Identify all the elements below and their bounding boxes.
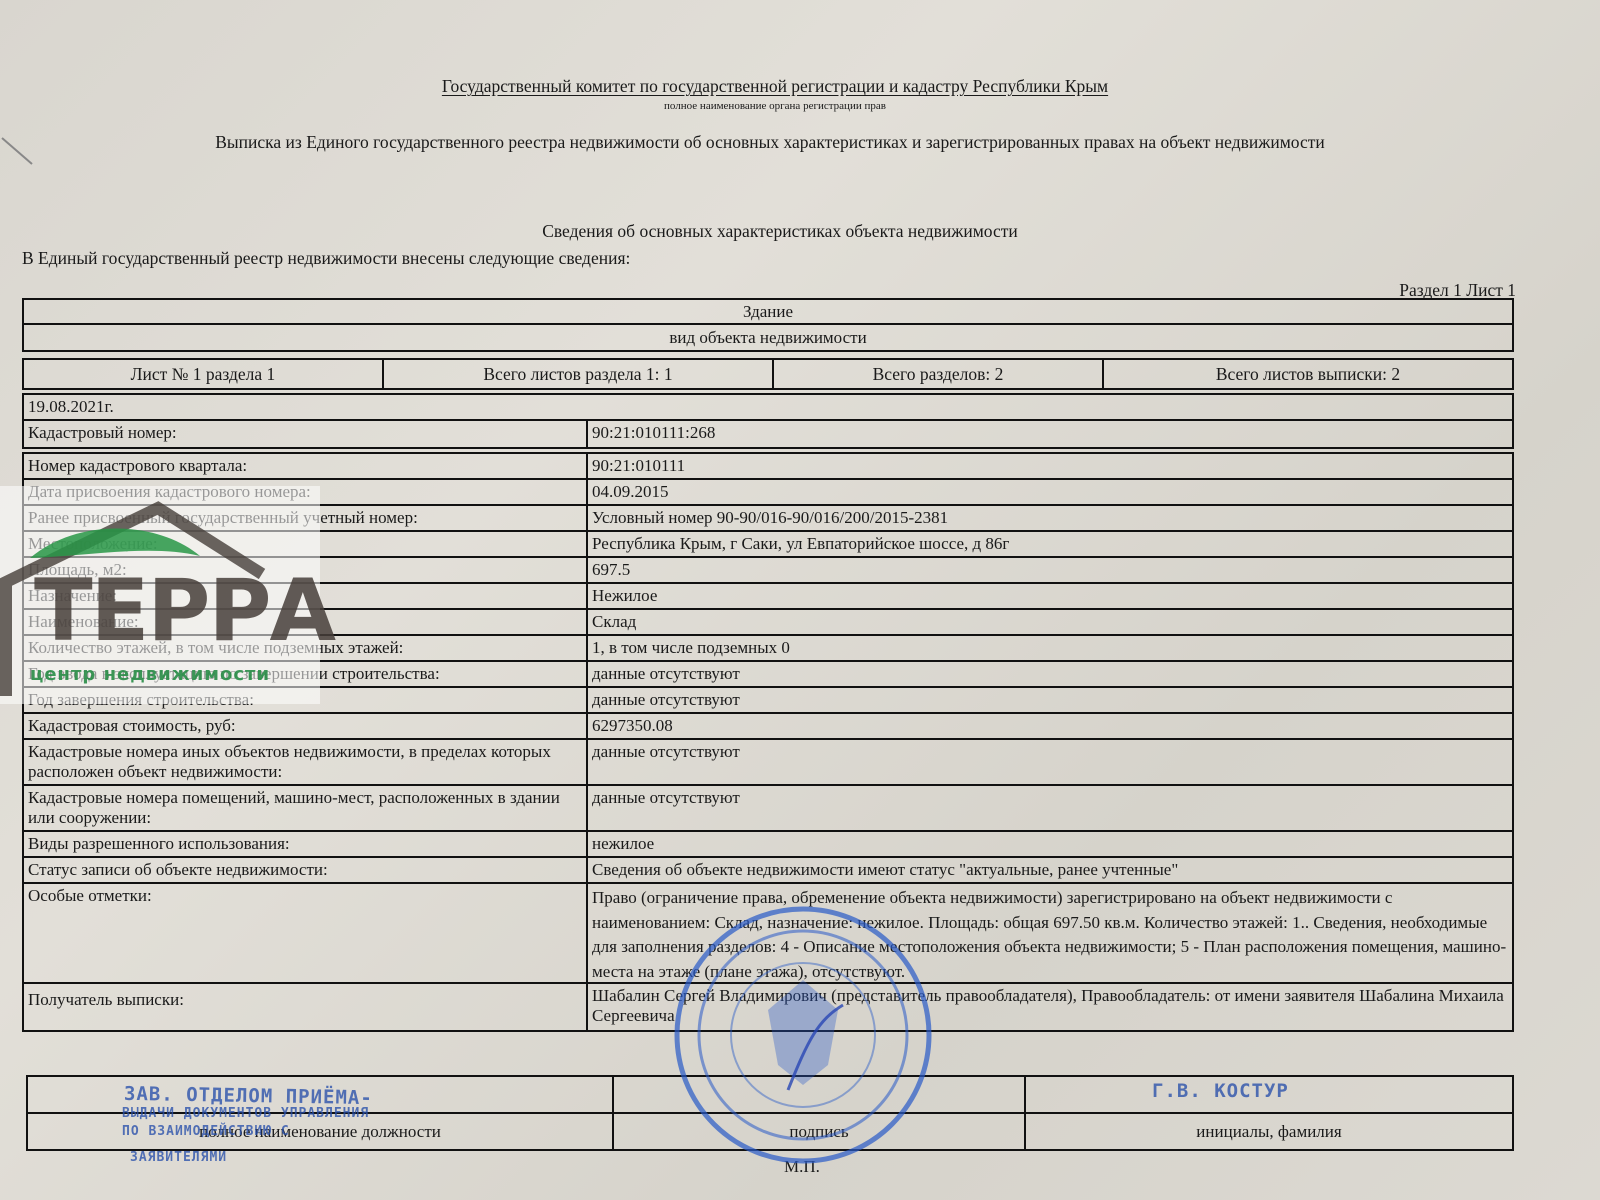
watermark-brand: ТЕРРА xyxy=(34,568,334,654)
field-value: Республика Крым, г Саки, ул Евпаторийско… xyxy=(588,532,1512,556)
field-value: 1, в том числе подземных 0 xyxy=(588,636,1512,660)
object-type-box: Здание вид объекта недвижимости xyxy=(22,298,1514,352)
paper-clip-icon xyxy=(0,118,40,168)
section-title: Сведения об основных характеристиках объ… xyxy=(0,221,1560,242)
position-stamp-line3: ПО ВЗАИМОДЕЙСТВИЮ С xyxy=(122,1124,290,1139)
field-value: данные отсутствуют xyxy=(588,688,1512,712)
object-type-caption: вид объекта недвижимости xyxy=(24,326,1512,350)
total-sections: Всего разделов: 2 xyxy=(774,360,1104,388)
field-value: данные отсутствуют xyxy=(588,740,1512,784)
field-value: 90:21:010111 xyxy=(588,454,1512,478)
cadastral-number-label: Кадастровый номер: xyxy=(24,421,588,447)
field-label: Кадастровая стоимость, руб: xyxy=(24,714,588,738)
official-seal-icon xyxy=(668,900,938,1170)
document-title: Выписка из Единого государственного реес… xyxy=(0,132,1540,153)
field-value: данные отсутствуют xyxy=(588,662,1512,686)
sheets-in-section: Всего листов раздела 1: 1 xyxy=(384,360,774,388)
field-value: Склад xyxy=(588,610,1512,634)
field-label: Особые отметки: xyxy=(24,884,588,982)
table-row: Кадастровые номера иных объектов недвижи… xyxy=(24,740,1512,786)
field-label: Кадастровые номера помещений, машино-мес… xyxy=(24,786,588,830)
extract-date: 19.08.2021г. xyxy=(24,395,118,419)
field-value: 6297350.08 xyxy=(588,714,1512,738)
position-stamp-line2: ВЫДАЧИ ДОКУМЕНТОВ УПРАВЛЕНИЯ xyxy=(122,1106,369,1121)
field-value: нежилое xyxy=(588,832,1512,856)
field-value: данные отсутствуют xyxy=(588,786,1512,830)
cadastral-number-value: 90:21:010111:268 xyxy=(588,421,1512,447)
section-intro: В Единый государственный реестр недвижим… xyxy=(22,248,630,269)
field-value: Условный номер 90-90/016-90/016/200/2015… xyxy=(588,506,1512,530)
field-label: Виды разрешенного использования: xyxy=(24,832,588,856)
table-row: Статус записи об объекте недвижимости:Св… xyxy=(24,858,1512,884)
name-stamp: Г.В. КОСТУР xyxy=(1152,1080,1289,1102)
field-label: Статус записи об объекте недвижимости: xyxy=(24,858,588,882)
total-sheets: Всего листов выписки: 2 xyxy=(1104,360,1512,388)
object-type-value: Здание xyxy=(24,300,1512,324)
sheet-number: Лист № 1 раздела 1 xyxy=(24,360,384,388)
authority-caption: полное наименование органа регистрации п… xyxy=(0,100,1550,112)
watermark-subtitle: центр недвижимости xyxy=(30,664,270,685)
field-label: Получатель выписки: xyxy=(24,984,588,1030)
position-stamp-line4: ЗАЯВИТЕЛЯМИ xyxy=(130,1150,227,1165)
field-label: Кадастровые номера иных объектов недвижи… xyxy=(24,740,588,784)
field-label: Номер кадастрового квартала: xyxy=(24,454,588,478)
table-row: Виды разрешенного использования:нежилое xyxy=(24,832,1512,858)
sheets-info-box: Лист № 1 раздела 1 Всего листов раздела … xyxy=(22,358,1514,390)
table-row: Номер кадастрового квартала:90:21:010111 xyxy=(24,454,1512,480)
name-caption: инициалы, фамилия xyxy=(1026,1114,1512,1149)
field-value: 04.09.2015 xyxy=(588,480,1512,504)
field-value: 697.5 xyxy=(588,558,1512,582)
field-value: Нежилое xyxy=(588,584,1512,608)
table-row: Кадастровая стоимость, руб:6297350.08 xyxy=(24,714,1512,740)
date-cadastral-box: 19.08.2021г. Кадастровый номер: 90:21:01… xyxy=(22,393,1514,449)
registration-authority: Государственный комитет по государственн… xyxy=(0,76,1550,97)
field-value: Сведения об объекте недвижимости имеют с… xyxy=(588,858,1512,882)
table-row: Кадастровые номера помещений, машино-мес… xyxy=(24,786,1512,832)
